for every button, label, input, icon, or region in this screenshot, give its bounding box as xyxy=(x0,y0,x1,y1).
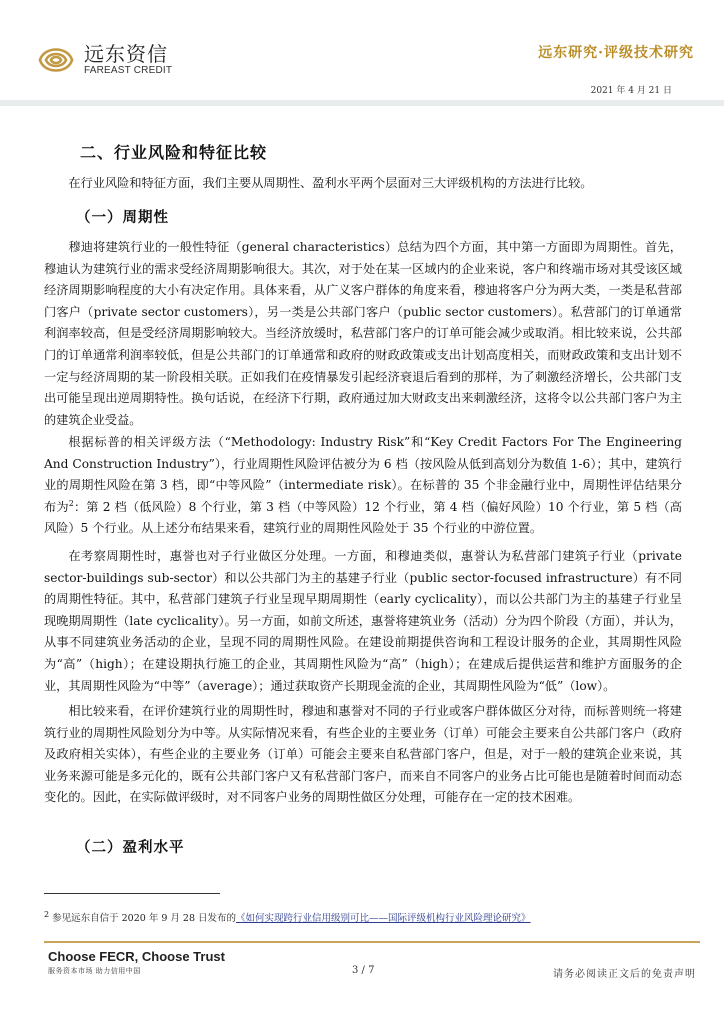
paragraph-fitch: 在考察周期性时，惠誉也对子行业做区分处理。一方面，和穆迪类似，惠誉认为私营部门建… xyxy=(44,546,682,697)
brand-name-cn: 远东资信 xyxy=(84,43,172,65)
header-divider xyxy=(0,100,724,106)
page-number: 3 / 7 xyxy=(352,965,374,976)
footer-slogan-sub: 服务资本市场 助力信用中国 xyxy=(48,966,141,976)
series-title: 远东研究·评级技术研究 xyxy=(538,42,694,62)
publish-date: 2021 年 4 月 21 日 xyxy=(591,83,672,96)
paragraph-comparison: 相比较来看，在评价建筑行业的周期性时，穆迪和惠誉对不同的子行业或客户群体做区分对… xyxy=(44,701,682,809)
brand-logo: 远东资信 FAREAST CREDIT xyxy=(36,40,172,80)
subsection-title-profitability: （二）盈利水平 xyxy=(76,836,185,857)
paragraph-sp: 根据标普的相关评级方法（“Methodology: Industry Risk”… xyxy=(44,432,682,540)
footer-divider xyxy=(44,941,700,943)
page-header: 远东资信 FAREAST CREDIT 远东研究·评级技术研究 2021 年 4… xyxy=(0,0,724,100)
intro-paragraph: 在行业风险和特征方面，我们主要从周期性、盈利水平两个层面对三大评级机构的方法进行… xyxy=(44,173,682,195)
subsection-title-cyclicality: （一）周期性 xyxy=(76,206,169,227)
fareast-swirl-logo-icon xyxy=(36,40,76,80)
paragraph-sp-part2: ：第 2 档（低风险）8 个行业，第 3 档（中等风险）12 个行业，第 4 档… xyxy=(44,500,682,536)
footer-disclaimer: 请务必阅读正文后的免责声明 xyxy=(553,965,696,980)
section-title: 二、行业风险和特征比较 xyxy=(80,140,267,163)
footnote-divider xyxy=(44,893,220,894)
footnote-link[interactable]: 《如何实现跨行业信用级别可比——国际评级机构行业风险理论研究》 xyxy=(236,913,531,924)
footnote: 2 参见远东自信于 2020 年 9 月 28 日发布的《如何实现跨行业信用级别… xyxy=(44,910,531,924)
footer-slogan: Choose FECR, Choose Trust xyxy=(48,949,225,964)
brand-name-en: FAREAST CREDIT xyxy=(84,65,172,77)
footnote-text: 参见远东自信于 2020 年 9 月 28 日发布的 xyxy=(49,913,236,924)
paragraph-moodys: 穆迪将建筑行业的一般性特征（general characteristics）总结… xyxy=(44,237,682,431)
